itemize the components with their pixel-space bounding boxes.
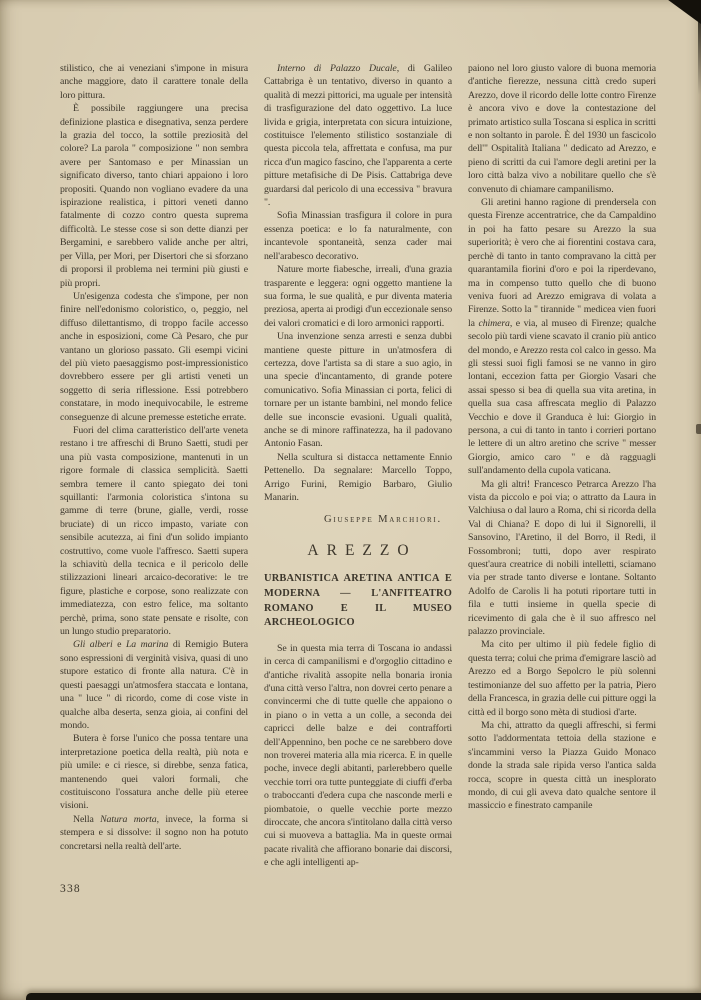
scan-speck xyxy=(696,424,701,434)
paragraph: Gli aretini hanno ragione di prendersela… xyxy=(468,196,656,478)
paragraph: Nature morte fiabesche, irreali, d'una g… xyxy=(264,263,452,330)
article-subtitle: URBANISTICA ARETINA ANTICA E MODERNA — L… xyxy=(264,572,452,630)
paragraph: È possibile raggiungere una precisa defi… xyxy=(60,102,248,290)
paragraph: Sofia Minassian trasfigura il colore in … xyxy=(264,209,452,263)
author-byline: Giuseppe Marchiori. xyxy=(264,513,442,526)
paragraph: paiono nel loro giusto valore di buona m… xyxy=(468,62,656,196)
paragraph: Un'esigenza codesta che s'impone, per no… xyxy=(60,290,248,424)
paragraph: Se in questa mia terra di Toscana io and… xyxy=(264,642,452,870)
paragraph: Ma gli altri! Francesco Petrarca Arezzo … xyxy=(468,478,656,639)
article-title: AREZZO xyxy=(264,543,452,559)
paragraph: Nella scultura si distacca nettamente En… xyxy=(264,451,452,505)
paragraph: Butera è forse l'unico che possa tentare… xyxy=(60,732,248,812)
scanned-page: stilistico, che ai veneziani s'impone in… xyxy=(0,0,701,1000)
paragraph: Una invenzione senza arresti e senza dub… xyxy=(264,330,452,451)
paragraph: Ma cito per ultimo il più fedele figlio … xyxy=(468,638,656,718)
scan-bottom-edge xyxy=(26,993,701,1000)
paragraph: Interno di Palazzo Ducale, di Galileo Ca… xyxy=(264,62,452,209)
middle-column: Interno di Palazzo Ducale, di Galileo Ca… xyxy=(264,62,452,1000)
paragraph: Gli alberi e La marina di Remigio Butera… xyxy=(60,638,248,732)
paragraph: stilistico, che ai veneziani s'impone in… xyxy=(60,62,248,102)
page-number: 338 xyxy=(60,883,248,895)
paragraph: Nella Natura morta, invece, la forma si … xyxy=(60,813,248,853)
left-column: stilistico, che ai veneziani s'impone in… xyxy=(60,62,248,1000)
paragraph: Ma chi, attratto da quegli affreschi, si… xyxy=(468,719,656,813)
right-column: paiono nel loro giusto valore di buona m… xyxy=(468,62,656,1000)
paragraph: Fuori del clima caratteristico dell'arte… xyxy=(60,424,248,639)
